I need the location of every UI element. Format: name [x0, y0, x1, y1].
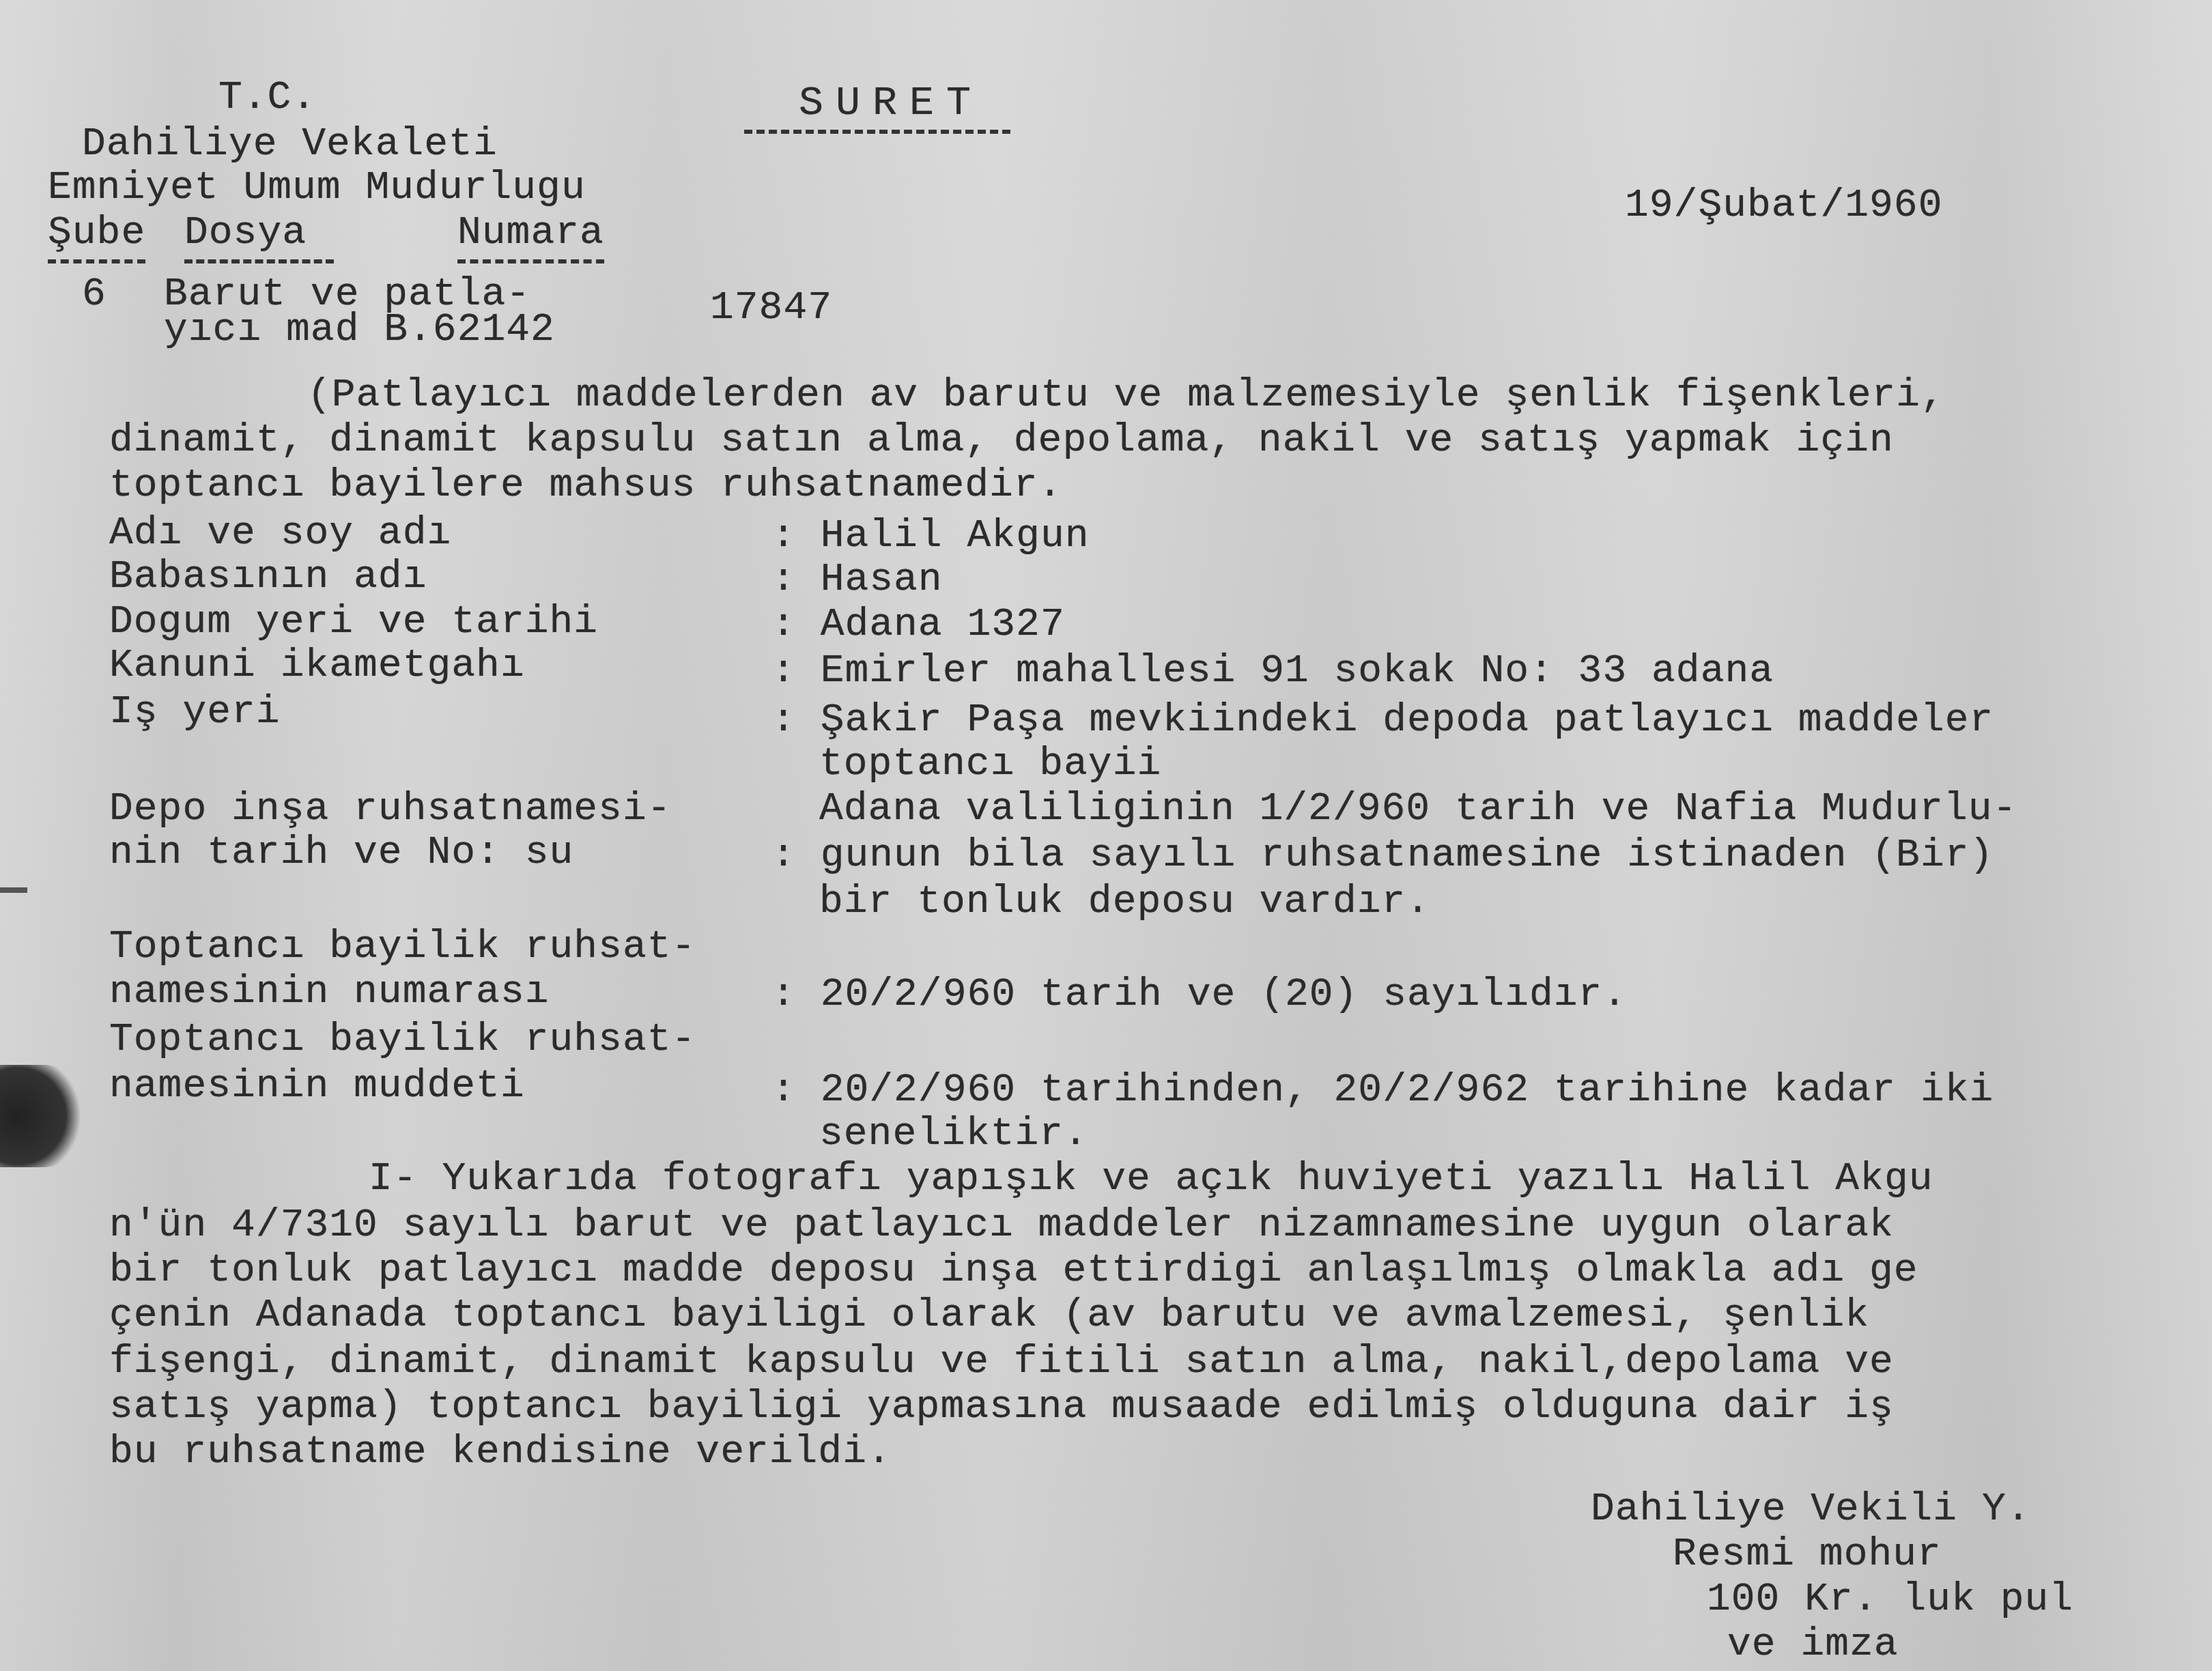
header-directorate: Emniyet Umum Mudurlugu — [48, 167, 586, 210]
field-label-license-term-1: Toptancı bayilik ruhsat- — [109, 1018, 696, 1062]
field-value-workplace-2: toptancı bayii — [819, 743, 1161, 786]
signature-seal: Resmi mohur — [1673, 1533, 1942, 1577]
field-label-name: Adı ve soy adı — [109, 512, 451, 556]
sube-value: 6 — [82, 273, 107, 317]
punch-hole-shadow — [0, 1065, 89, 1167]
field-label-license-no-1: Toptancı bayilik ruhsat- — [109, 926, 696, 969]
intro-line-3: toptancı bayilere mahsus ruhsatnamedir. — [109, 464, 1062, 508]
field-label-depot-2: nin tarih ve No: su — [109, 831, 573, 875]
field-value-name: : Halil Akgun — [771, 515, 1090, 558]
column-sube: Şube — [48, 212, 145, 263]
field-value-birth: : Adana 1327 — [771, 603, 1065, 647]
field-label-residence: Kanuni ikametgahı — [109, 644, 525, 688]
field-value-residence: : Emirler mahallesi 91 sokak No: 33 adan… — [771, 650, 1774, 694]
header-ministry: Dahiliye Vekaleti — [82, 123, 498, 167]
paper-tear-mark — [0, 887, 27, 893]
body-line-4: çenin Adanada toptancı bayiligi olarak (… — [109, 1294, 1869, 1338]
dosya-value-line2: yıcı mad B.62142 — [164, 309, 555, 352]
body-line-5: fişengi, dinamit, dinamit kapsulu ve fit… — [109, 1341, 1894, 1384]
field-label-depot-1: Depo inşa ruhsatnamesi- — [109, 788, 672, 831]
field-value-depot-3: bir tonluk deposu vardır. — [819, 881, 1430, 924]
intro-line-2: dinamit, dinamit kapsulu satın alma, dep… — [109, 419, 1894, 463]
body-line-2: n'ün 4/7310 sayılı barut ve patlayıcı ma… — [109, 1204, 1894, 1248]
field-label-license-term-2: namesinin muddeti — [109, 1065, 525, 1109]
field-label-birth: Dogum yeri ve tarihi — [109, 601, 598, 644]
body-line-6: satış yapma) toptancı bayiligi yapmasına… — [109, 1386, 1894, 1429]
field-value-depot-1: Adana valiliginin 1/2/960 tarih ve Nafia… — [819, 788, 2017, 831]
body-line-1: I- Yukarıda fotografı yapışık ve açık hu… — [369, 1158, 1933, 1201]
document-title: SURET — [744, 82, 1010, 134]
header-tc: T.C. — [218, 76, 316, 120]
column-numara: Numara — [457, 212, 604, 263]
field-value-depot-2: : gunun bila sayılı ruhsatnamesine istin… — [771, 834, 1994, 878]
typewritten-document: T.C. Dahiliye Vekaleti Emniyet Umum Mudu… — [0, 0, 2212, 1671]
field-value-license-no: : 20/2/960 tarih ve (20) sayılıdır. — [771, 973, 1627, 1017]
column-dosya: Dosya — [184, 212, 334, 263]
document-date: 19/Şubat/1960 — [1625, 184, 1942, 228]
signature-title: Dahiliye Vekili Y. — [1591, 1488, 2031, 1532]
field-label-license-no-2: namesinin numarası — [109, 971, 550, 1014]
intro-line-1: (Patlayıcı maddelerden av barutu ve malz… — [307, 374, 1945, 418]
numara-value: 17847 — [710, 287, 832, 330]
field-value-license-term-1: : 20/2/960 tarihinden, 20/2/962 tarihine… — [771, 1069, 1994, 1113]
field-value-workplace-1: : Şakir Paşa mevkiindeki depoda patlayıc… — [771, 699, 1994, 743]
signature-sign: ve imza — [1727, 1623, 1899, 1667]
field-label-father: Babasının adı — [109, 556, 427, 599]
field-label-workplace: Iş yeri — [109, 691, 281, 734]
signature-stamp: 100 Kr. luk pul — [1707, 1578, 2073, 1622]
field-value-father: : Hasan — [771, 558, 943, 602]
field-value-license-term-2: seneliktir. — [819, 1113, 1088, 1156]
body-line-3: bir tonluk patlayıcı madde deposu inşa e… — [109, 1249, 1918, 1293]
body-line-7: bu ruhsatname kendisine verildi. — [109, 1431, 892, 1474]
